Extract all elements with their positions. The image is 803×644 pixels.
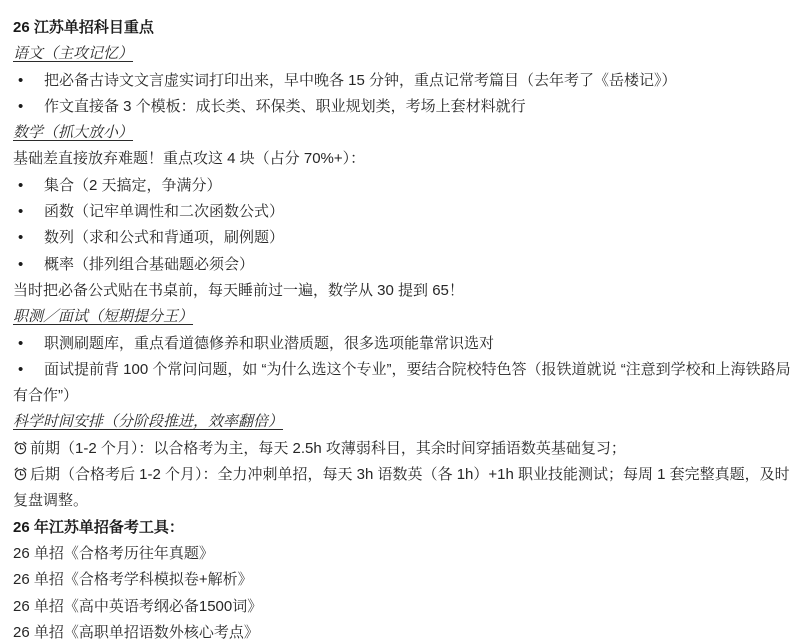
list-item: •概率（排列组合基础题必须会） xyxy=(13,252,793,278)
list-item: •把必备古诗文文言虚实词打印出来，早中晚各 15 分钟，重点记常考篇目（去年考了… xyxy=(13,68,793,94)
list-item-text: 职测刷题库，重点看道德修养和职业潜质题，很多选项能靠常识选对 xyxy=(44,335,494,352)
paragraph: 当时把必备公式贴在书桌前，每天睡前过一遍，数学从 30 提到 65！ xyxy=(13,278,793,304)
tool-item: 26 单招《合格考历往年真题》 xyxy=(13,541,793,567)
list-item-text: 面试提前背 100 个常问问题，如 “为什么选这个专业”，要结合院校特色答（报铁… xyxy=(13,361,791,404)
paragraph: 基础差直接放弃难题！重点攻这 4 块（占分 70%+）： xyxy=(13,146,793,172)
bullet-marker: • xyxy=(13,252,44,278)
schedule-early-text: 前期（1-2 个月）：以合格考为主，每天 2.5h 攻薄弱科目，其余时间穿插语数… xyxy=(30,440,626,457)
list-item-text: 集合（2 天搞定，争满分） xyxy=(44,177,222,194)
tools-heading: 26 年江苏单招备考工具： xyxy=(13,515,793,541)
alarm-clock-icon xyxy=(13,466,28,481)
bullet-marker: • xyxy=(13,173,44,199)
list-item: •集合（2 天搞定，争满分） xyxy=(13,173,793,199)
section-heading-chinese: 语文（主攻记忆） xyxy=(13,41,793,67)
list-item-text: 数列（求和公式和背通项，刷例题） xyxy=(44,229,284,246)
section-heading-schedule: 科学时间安排（分阶段推进，效率翻倍） xyxy=(13,409,793,435)
list-item: •职测刷题库，重点看道德修养和职业潜质题，很多选项能靠常识选对 xyxy=(13,331,793,357)
bullet-marker: • xyxy=(13,357,44,383)
list-item-text: 把必备古诗文文言虚实词打印出来，早中晚各 15 分钟，重点记常考篇目（去年考了《… xyxy=(44,72,677,89)
bullet-marker: • xyxy=(13,331,44,357)
paragraph: 后期（合格考后 1-2 个月）：全力冲刺单招，每天 3h 语数英（各 1h）+1… xyxy=(13,462,793,515)
schedule-late-text: 后期（合格考后 1-2 个月）：全力冲刺单招，每天 3h 语数英（各 1h）+1… xyxy=(13,466,790,509)
tool-item: 26 单招《合格考学科模拟卷+解析》 xyxy=(13,567,793,593)
list-item: •函数（记牢单调性和二次函数公式） xyxy=(13,199,793,225)
list-item-text: 作文直接备 3 个模板：成长类、环保类、职业规划类，考场上套材料就行 xyxy=(44,98,526,115)
paragraph: 前期（1-2 个月）：以合格考为主，每天 2.5h 攻薄弱科目，其余时间穿插语数… xyxy=(13,436,793,462)
list-item-text: 函数（记牢单调性和二次函数公式） xyxy=(44,203,284,220)
section-heading-interview: 职测／面试（短期提分王） xyxy=(13,304,793,330)
tool-item: 26 单招《高中英语考纲必备1500词》 xyxy=(13,594,793,620)
list-item: •面试提前背 100 个常问问题，如 “为什么选这个专业”，要结合院校特色答（报… xyxy=(13,357,793,410)
alarm-clock-icon xyxy=(13,440,28,455)
bullet-marker: • xyxy=(13,68,44,94)
doc-title: 26 江苏单招科目重点 xyxy=(13,15,793,41)
list-item: •作文直接备 3 个模板：成长类、环保类、职业规划类，考场上套材料就行 xyxy=(13,94,793,120)
tool-item: 26 单招《高职单招语数外核心考点》 xyxy=(13,620,793,644)
list-item: •数列（求和公式和背通项，刷例题） xyxy=(13,225,793,251)
bullet-marker: • xyxy=(13,94,44,120)
document-page: 26 江苏单招科目重点 语文（主攻记忆） •把必备古诗文文言虚实词打印出来，早中… xyxy=(0,0,803,644)
bullet-marker: • xyxy=(13,225,44,251)
list-item-text: 概率（排列组合基础题必须会） xyxy=(44,256,254,273)
section-heading-math: 数学（抓大放小） xyxy=(13,120,793,146)
bullet-marker: • xyxy=(13,199,44,225)
